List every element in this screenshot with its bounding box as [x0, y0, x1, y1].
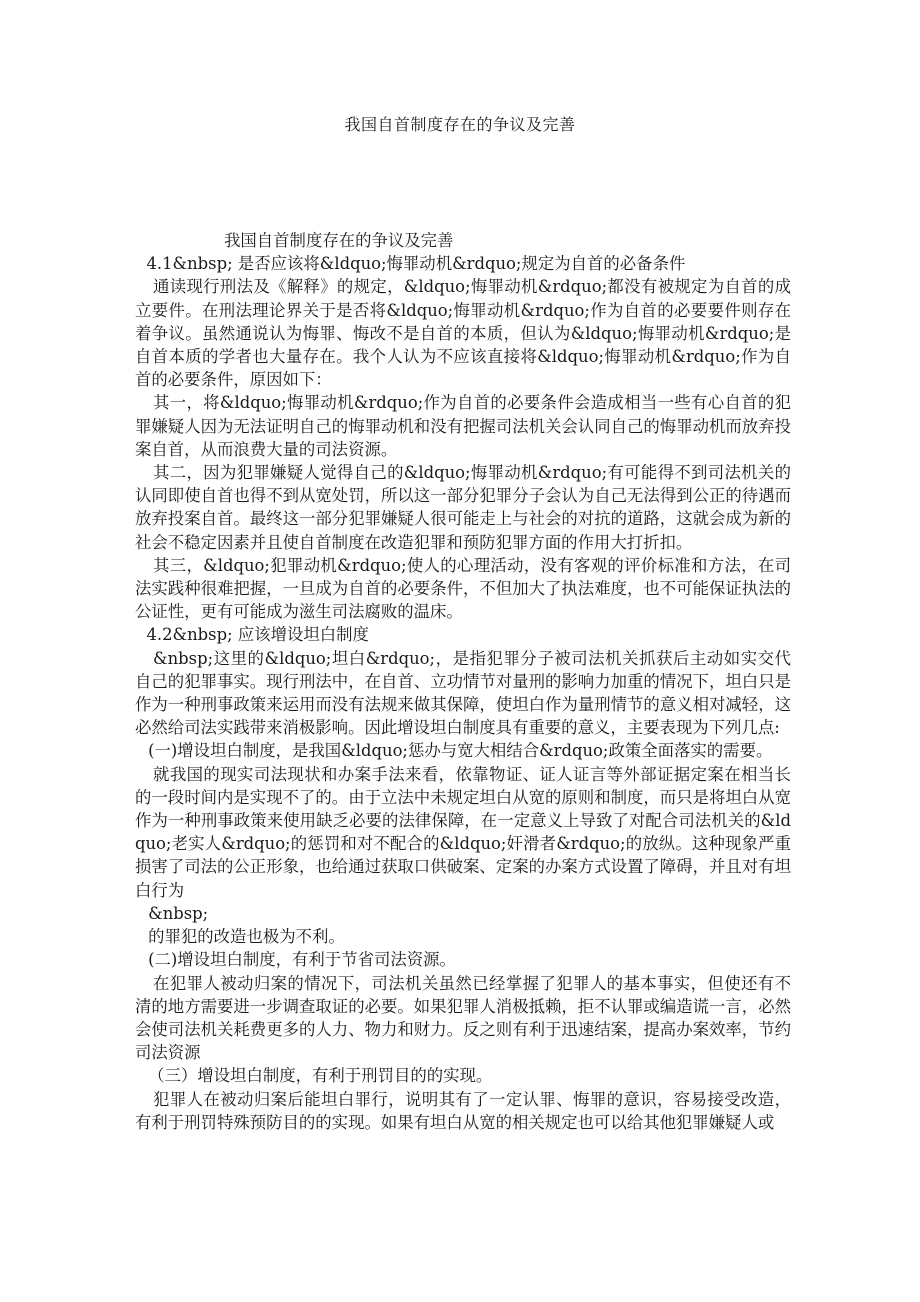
document-body: 我国自首制度存在的争议及完善 4.1&nbsp; 是否应该将&ldquo;悔罪动…	[135, 229, 791, 1134]
paragraph: 犯罪人在被动归案后能坦白罪行，说明其有了一定认罪、悔罪的意识，容易接受改造，有利…	[135, 1088, 791, 1134]
section-heading-4-1: 4.1&nbsp; 是否应该将&ldquo;悔罪动机&rdquo;规定为自首的必…	[135, 252, 791, 275]
section-heading-4-2: 4.2&nbsp; 应该增设坦白制度	[135, 623, 791, 646]
paragraph: &nbsp;这里的&ldquo;坦白&rdquo;，是指犯罪分子被司法机关抓获后…	[135, 647, 791, 740]
paragraph: 在犯罪人被动归案的情况下，司法机关虽然已经掌握了犯罪人的基本事实，但使还有不清的…	[135, 972, 791, 1065]
point-heading-3: （三）增设坦白制度，有利于刑罚目的的实现。	[135, 1064, 791, 1087]
point-heading-2: (二)增设坦白制度，有利于节省司法资源。	[135, 948, 791, 971]
paragraph: 通读现行刑法及《解释》的规定，&ldquo;悔罪动机&rdquo;都没有被规定为…	[135, 275, 791, 391]
paragraph: 就我国的现实司法现状和办案手法来看，依靠物证、证人证言等外部证据定案在相当长的一…	[135, 763, 791, 902]
paragraph: 其一，将&ldquo;悔罪动机&rdquo;作为自首的必要条件会造成相当一些有心…	[135, 391, 791, 461]
nbsp-line: &nbsp;	[135, 902, 791, 925]
point-heading-1: (一)增设坦白制度，是我国&ldquo;惩办与宽大相结合&rdquo;政策全面落…	[135, 739, 791, 762]
paragraph-tail: 的罪犯的改造也极为不利。	[135, 925, 791, 948]
document-subtitle: 我国自首制度存在的争议及完善	[135, 229, 791, 252]
document-title: 我国自首制度存在的争议及完善	[0, 114, 920, 136]
paragraph: 其二，因为犯罪嫌疑人觉得自己的&ldquo;悔罪动机&rdquo;有可能得不到司…	[135, 461, 791, 554]
paragraph: 其三，&ldquo;犯罪动机&rdquo;使人的心理活动，没有客观的评价标准和方…	[135, 554, 791, 624]
